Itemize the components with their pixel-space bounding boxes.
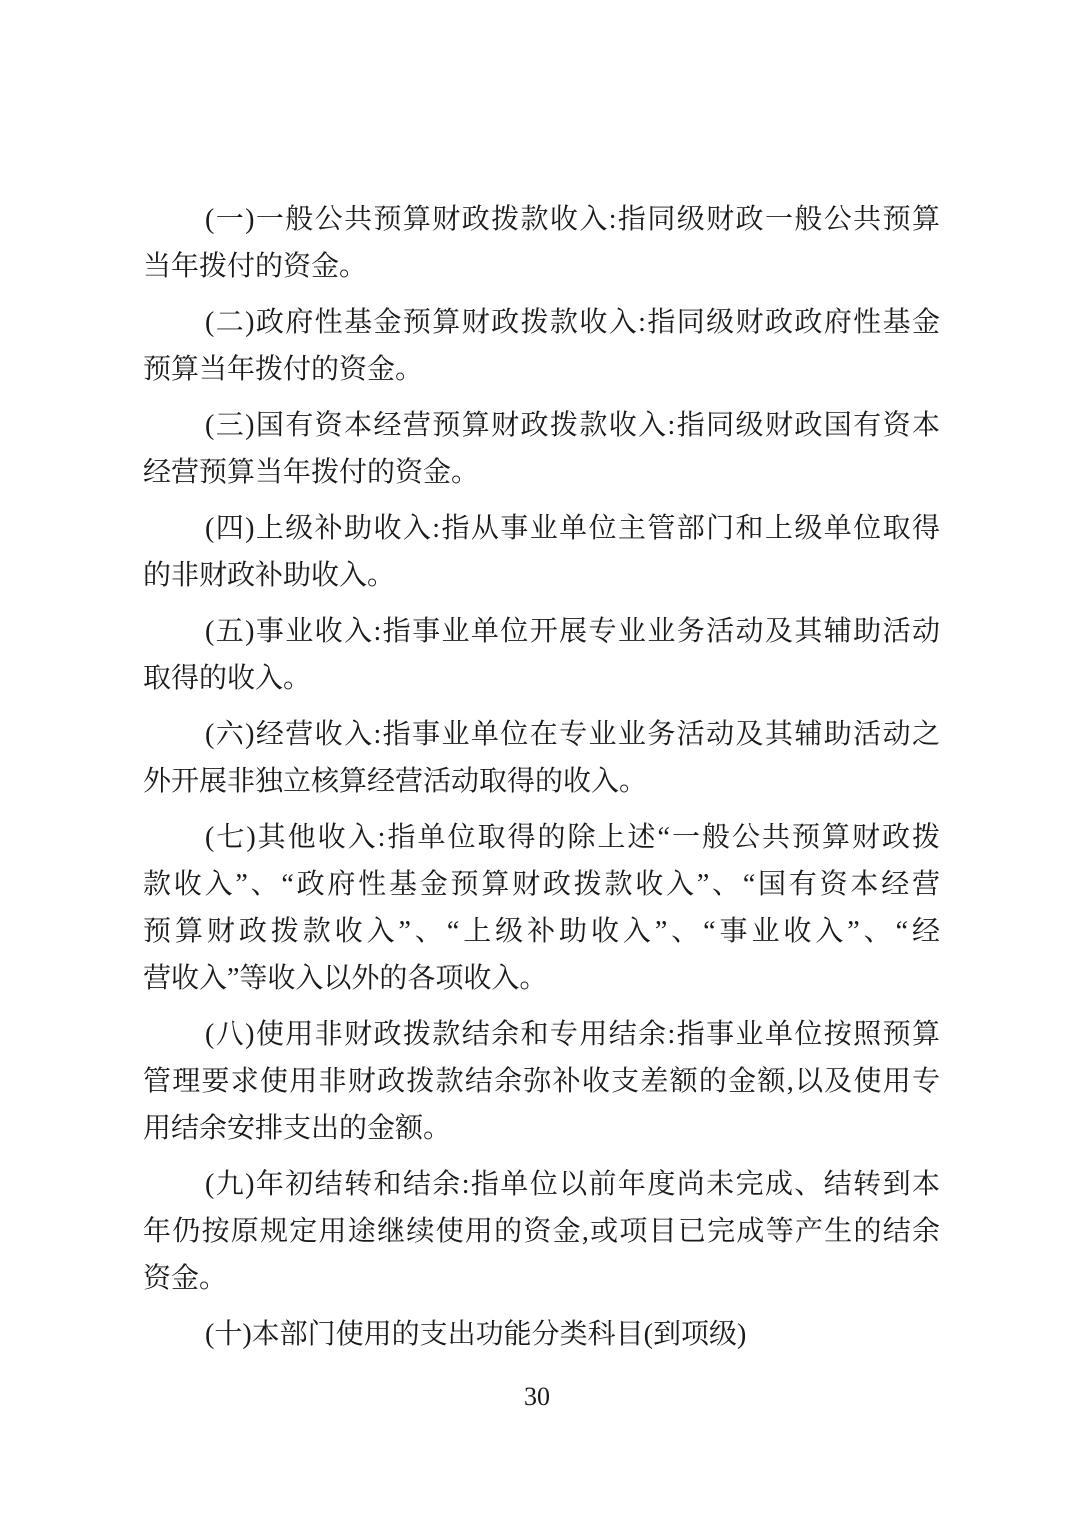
text-line: 年仍按原规定用途继续使用的资金,或项目已完成等产生的结余: [143, 1208, 940, 1255]
paragraph: (三)国有资本经营预算财政拨款收入:指同级财政国有资本经营预算当年拨付的资金。: [143, 402, 940, 496]
paragraph: (十)本部门使用的支出功能分类科目(到项级): [143, 1311, 940, 1358]
text-line: (十)本部门使用的支出功能分类科目(到项级): [143, 1311, 940, 1358]
text-line: 预算财政拨款收入”、“上级补助收入”、“事业收入”、“经: [143, 908, 940, 955]
paragraph: (四)上级补助收入:指从事业单位主管部门和上级单位取得的非财政补助收入。: [143, 505, 940, 599]
paragraph: (一)一般公共预算财政拨款收入:指同级财政一般公共预算当年拨付的资金。: [143, 196, 940, 290]
paragraph: (九)年初结转和结余:指单位以前年度尚未完成、结转到本年仍按原规定用途继续使用的…: [143, 1161, 940, 1302]
body-text: (一)一般公共预算财政拨款收入:指同级财政一般公共预算当年拨付的资金。(二)政府…: [143, 196, 940, 1367]
page-number: 30: [0, 1382, 1074, 1412]
text-line: 的非财政补助收入。: [143, 552, 940, 599]
text-line: (四)上级补助收入:指从事业单位主管部门和上级单位取得: [143, 505, 940, 552]
text-line: 预算当年拨付的资金。: [143, 346, 940, 393]
text-line: (三)国有资本经营预算财政拨款收入:指同级财政国有资本: [143, 402, 940, 449]
text-line: 营收入”等收入以外的各项收入。: [143, 955, 940, 1002]
text-line: (五)事业收入:指事业单位开展专业业务活动及其辅助活动: [143, 608, 940, 655]
text-line: (九)年初结转和结余:指单位以前年度尚未完成、结转到本: [143, 1161, 940, 1208]
text-line: (八)使用非财政拨款结余和专用结余:指事业单位按照预算: [143, 1011, 940, 1058]
text-line: (六)经营收入:指事业单位在专业业务活动及其辅助活动之: [143, 711, 940, 758]
text-line: 款收入”、“政府性基金预算财政拨款收入”、“国有资本经营: [143, 861, 940, 908]
text-line: 资金。: [143, 1255, 940, 1302]
text-line: 当年拨付的资金。: [143, 243, 940, 290]
paragraph: (六)经营收入:指事业单位在专业业务活动及其辅助活动之外开展非独立核算经营活动取…: [143, 711, 940, 805]
text-line: (一)一般公共预算财政拨款收入:指同级财政一般公共预算: [143, 196, 940, 243]
text-line: 取得的收入。: [143, 655, 940, 702]
text-line: 外开展非独立核算经营活动取得的收入。: [143, 758, 940, 805]
text-line: (七)其他收入:指单位取得的除上述“一般公共预算财政拨: [143, 814, 940, 861]
paragraph: (五)事业收入:指事业单位开展专业业务活动及其辅助活动取得的收入。: [143, 608, 940, 702]
paragraph: (七)其他收入:指单位取得的除上述“一般公共预算财政拨款收入”、“政府性基金预算…: [143, 814, 940, 1002]
text-line: 管理要求使用非财政拨款结余弥补收支差额的金额,以及使用专: [143, 1058, 940, 1105]
document-page: (一)一般公共预算财政拨款收入:指同级财政一般公共预算当年拨付的资金。(二)政府…: [0, 0, 1074, 1520]
text-line: (二)政府性基金预算财政拨款收入:指同级财政政府性基金: [143, 299, 940, 346]
paragraph: (八)使用非财政拨款结余和专用结余:指事业单位按照预算管理要求使用非财政拨款结余…: [143, 1011, 940, 1152]
paragraph: (二)政府性基金预算财政拨款收入:指同级财政政府性基金预算当年拨付的资金。: [143, 299, 940, 393]
text-line: 用结余安排支出的金额。: [143, 1105, 940, 1152]
text-line: 经营预算当年拨付的资金。: [143, 449, 940, 496]
